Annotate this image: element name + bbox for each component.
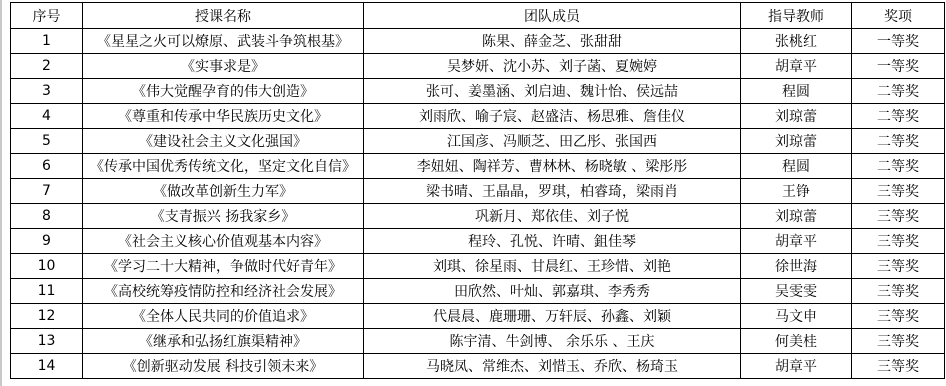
cell-course-name: 《学习二十大精神，争做时代好青年》 bbox=[83, 254, 364, 279]
cell-team-members: 刘雨欣、喻子宸、赵盛洁、杨思雅、詹佳仪 bbox=[364, 104, 741, 129]
table-row: 9《社会主义核心价值观基本内容》程玲、孔悦、许晴、鉏佳琴胡章平三等奖 bbox=[11, 229, 945, 254]
cell-instructor: 刘琼蕾 bbox=[741, 204, 852, 229]
cell-instructor: 张桃红 bbox=[741, 29, 852, 54]
cell-index: 6 bbox=[11, 154, 83, 179]
table-row: 8《支青振兴 扬我家乡》巩新月、郑依佳、刘子悦刘琼蕾三等奖 bbox=[11, 204, 945, 229]
table-row: 12《全体人民共同的价值追求》代晨晨、鹿珊珊、万轩辰、孙鑫、刘颖马文申三等奖 bbox=[11, 304, 945, 329]
cell-course-name: 《尊重和传承中华民族历史文化》 bbox=[83, 104, 364, 129]
cell-course-name: 《做改革创新生力军》 bbox=[83, 179, 364, 204]
cell-award: 三等奖 bbox=[852, 254, 945, 279]
cell-index: 13 bbox=[11, 329, 83, 354]
cell-team-members: 张可、姜墨涵、刘启迪、魏计怡、侯远喆 bbox=[364, 79, 741, 104]
cell-course-name: 《社会主义核心价值观基本内容》 bbox=[83, 229, 364, 254]
cell-award: 三等奖 bbox=[852, 204, 945, 229]
cell-course-name: 《伟大觉醒孕育的伟大创造》 bbox=[83, 79, 364, 104]
cell-team-members: 梁书晴、王晶晶，罗琪，柏睿琦，梁雨肖 bbox=[364, 179, 741, 204]
cell-index: 4 bbox=[11, 104, 83, 129]
cell-instructor: 王铮 bbox=[741, 179, 852, 204]
cell-course-name: 《支青振兴 扬我家乡》 bbox=[83, 204, 364, 229]
cell-course-name: 《星星之火可以燎原、武装斗争筑根基》 bbox=[83, 29, 364, 54]
cell-team-members: 马晓凤、常维杰、刘惜玉、乔欣、杨琦玉 bbox=[364, 354, 741, 379]
cell-award: 三等奖 bbox=[852, 304, 945, 329]
table-row: 1《星星之火可以燎原、武装斗争筑根基》陈果、薛金芝、张甜甜张桃红一等奖 bbox=[11, 29, 945, 54]
cell-award: 三等奖 bbox=[852, 179, 945, 204]
cell-instructor: 程圆 bbox=[741, 154, 852, 179]
table-row: 11《高校统筹疫情防控和经济社会发展》田欣然、叶灿、郭嘉琪、李秀秀吴雯雯三等奖 bbox=[11, 279, 945, 304]
cell-instructor: 马文申 bbox=[741, 304, 852, 329]
cell-team-members: 程玲、孔悦、许晴、鉏佳琴 bbox=[364, 229, 741, 254]
cell-award: 三等奖 bbox=[852, 354, 945, 379]
cell-course-name: 《实事求是》 bbox=[83, 54, 364, 79]
cell-index: 3 bbox=[11, 79, 83, 104]
cell-course-name: 《传承中国优秀传统文化，坚定文化自信》 bbox=[83, 154, 364, 179]
table-row: 7《做改革创新生力军》梁书晴、王晶晶，罗琪，柏睿琦，梁雨肖王铮三等奖 bbox=[11, 179, 945, 204]
table-body: 1《星星之火可以燎原、武装斗争筑根基》陈果、薛金芝、张甜甜张桃红一等奖2《实事求… bbox=[11, 29, 945, 379]
cell-index: 14 bbox=[11, 354, 83, 379]
cell-award: 三等奖 bbox=[852, 229, 945, 254]
cell-instructor: 程圆 bbox=[741, 79, 852, 104]
cell-award: 一等奖 bbox=[852, 29, 945, 54]
cell-team-members: 江国彦、冯顺芝、田乙彤、张国西 bbox=[364, 129, 741, 154]
cell-award: 一等奖 bbox=[852, 54, 945, 79]
cell-instructor: 胡章平 bbox=[741, 54, 852, 79]
cell-index: 12 bbox=[11, 304, 83, 329]
cell-index: 11 bbox=[11, 279, 83, 304]
page: { "colors": { "table_border": "#000000",… bbox=[0, 0, 946, 386]
cell-team-members: 李妞妞、陶祥芳、曹林林、杨晓敏 、梁彤彤 bbox=[364, 154, 741, 179]
cell-award: 二等奖 bbox=[852, 129, 945, 154]
cell-index: 1 bbox=[11, 29, 83, 54]
cell-instructor: 胡章平 bbox=[741, 354, 852, 379]
col-header-award: 奖项 bbox=[852, 3, 945, 29]
cell-course-name: 《全体人民共同的价值追求》 bbox=[83, 304, 364, 329]
table-row: 3《伟大觉醒孕育的伟大创造》张可、姜墨涵、刘启迪、魏计怡、侯远喆程圆二等奖 bbox=[11, 79, 945, 104]
cell-index: 7 bbox=[11, 179, 83, 204]
cell-team-members: 刘琪、徐星雨、甘晨红、王珍惜、刘艳 bbox=[364, 254, 741, 279]
awards-table: 序号授课名称团队成员指导教师奖项 1《星星之火可以燎原、武装斗争筑根基》陈果、薛… bbox=[10, 2, 945, 379]
col-header-team-members: 团队成员 bbox=[364, 3, 741, 29]
cell-instructor: 胡章平 bbox=[741, 229, 852, 254]
table-header: 序号授课名称团队成员指导教师奖项 bbox=[11, 3, 945, 29]
cell-course-name: 《高校统筹疫情防控和经济社会发展》 bbox=[83, 279, 364, 304]
cell-instructor: 刘琼蕾 bbox=[741, 129, 852, 154]
cell-team-members: 巩新月、郑依佳、刘子悦 bbox=[364, 204, 741, 229]
cell-instructor: 何美桂 bbox=[741, 329, 852, 354]
cell-team-members: 吴梦妍、沈小苏、刘子菡、夏婉婷 bbox=[364, 54, 741, 79]
cell-instructor: 徐世海 bbox=[741, 254, 852, 279]
col-header-instructor: 指导教师 bbox=[741, 3, 852, 29]
cell-award: 三等奖 bbox=[852, 279, 945, 304]
cell-award: 二等奖 bbox=[852, 79, 945, 104]
col-header-index: 序号 bbox=[11, 3, 83, 29]
table-row: 14《创新驱动发展 科技引领未来》马晓凤、常维杰、刘惜玉、乔欣、杨琦玉胡章平三等… bbox=[11, 354, 945, 379]
header-row: 序号授课名称团队成员指导教师奖项 bbox=[11, 3, 945, 29]
cell-award: 三等奖 bbox=[852, 329, 945, 354]
cell-index: 9 bbox=[11, 229, 83, 254]
table-row: 2《实事求是》吴梦妍、沈小苏、刘子菡、夏婉婷胡章平一等奖 bbox=[11, 54, 945, 79]
cell-index: 8 bbox=[11, 204, 83, 229]
col-header-course-name: 授课名称 bbox=[83, 3, 364, 29]
cell-team-members: 陈宇清、牛剑博、 余乐乐 、王庆 bbox=[364, 329, 741, 354]
cell-course-name: 《继承和弘扬红旗渠精神》 bbox=[83, 329, 364, 354]
cell-course-name: 《创新驱动发展 科技引领未来》 bbox=[83, 354, 364, 379]
cell-course-name: 《建设社会主义文化强国》 bbox=[83, 129, 364, 154]
cell-index: 5 bbox=[11, 129, 83, 154]
table-row: 6《传承中国优秀传统文化，坚定文化自信》李妞妞、陶祥芳、曹林林、杨晓敏 、梁彤彤… bbox=[11, 154, 945, 179]
cell-instructor: 刘琼蕾 bbox=[741, 104, 852, 129]
cell-award: 二等奖 bbox=[852, 104, 945, 129]
cell-team-members: 代晨晨、鹿珊珊、万轩辰、孙鑫、刘颖 bbox=[364, 304, 741, 329]
table-row: 4《尊重和传承中华民族历史文化》刘雨欣、喻子宸、赵盛洁、杨思雅、詹佳仪刘琼蕾二等… bbox=[11, 104, 945, 129]
cell-team-members: 陈果、薛金芝、张甜甜 bbox=[364, 29, 741, 54]
cell-team-members: 田欣然、叶灿、郭嘉琪、李秀秀 bbox=[364, 279, 741, 304]
cell-index: 10 bbox=[11, 254, 83, 279]
table-row: 13《继承和弘扬红旗渠精神》陈宇清、牛剑博、 余乐乐 、王庆何美桂三等奖 bbox=[11, 329, 945, 354]
cell-award: 二等奖 bbox=[852, 154, 945, 179]
table-row: 10《学习二十大精神，争做时代好青年》刘琪、徐星雨、甘晨红、王珍惜、刘艳徐世海三… bbox=[11, 254, 945, 279]
cell-index: 2 bbox=[11, 54, 83, 79]
window-edge bbox=[0, 0, 2, 386]
cell-instructor: 吴雯雯 bbox=[741, 279, 852, 304]
table-row: 5《建设社会主义文化强国》江国彦、冯顺芝、田乙彤、张国西刘琼蕾二等奖 bbox=[11, 129, 945, 154]
